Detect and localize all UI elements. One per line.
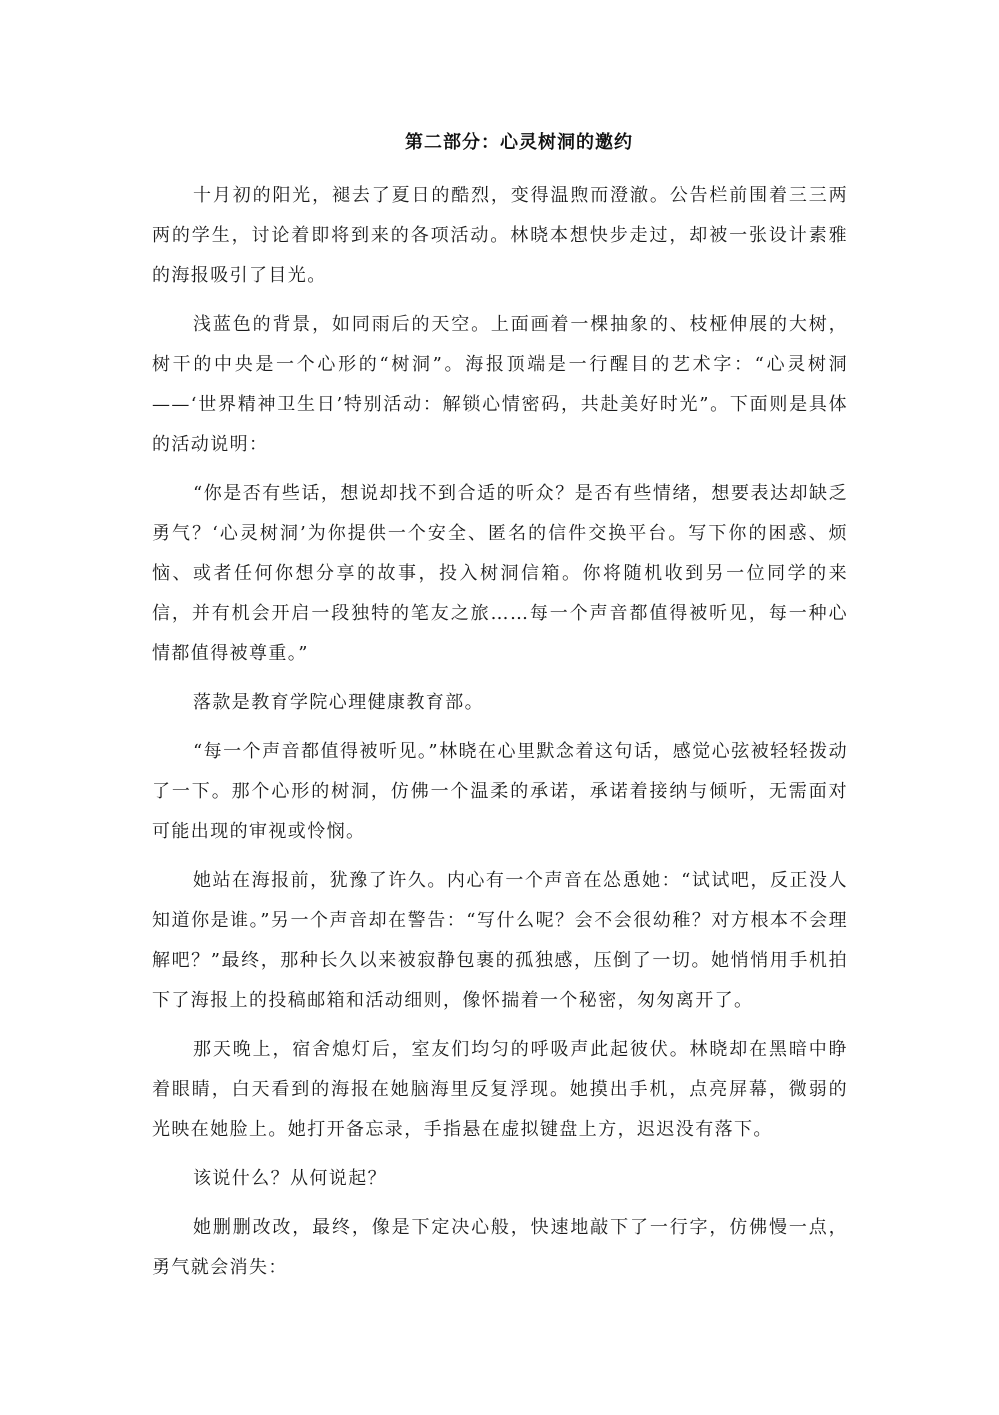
- paragraph-night: 那天晚上，宿舍熄灯后，室友们均匀的呼吸声此起彼伏。林晓却在黑暗中睁着眼睛，白天看…: [152, 1030, 848, 1150]
- paragraph-typing: 她删删改改，最终，像是下定决心般，快速地敲下了一行字，仿佛慢一点，勇气就会消失：: [152, 1208, 848, 1288]
- paragraph-signature: 落款是教育学院心理健康教育部。: [152, 683, 848, 723]
- paragraph-poster-description: 浅蓝色的背景，如同雨后的天空。上面画着一棵抽象的、枝桠伸展的大树，树干的中央是一…: [152, 305, 848, 465]
- paragraph-autumn-sunlight: 十月初的阳光，褪去了夏日的酷烈，变得温煦而澄澈。公告栏前围着三三两两的学生，讨论…: [152, 176, 848, 296]
- body-text: 十月初的阳光，褪去了夏日的酷烈，变得温煦而澄澈。公告栏前围着三三两两的学生，讨论…: [152, 176, 848, 1297]
- paragraph-hesitation: 她站在海报前，犹豫了许久。内心有一个声音在怂恿她：“试试吧，反正没人知道你是谁。…: [152, 861, 848, 1021]
- section-title: 第二部分：心灵树洞的邀约: [152, 128, 886, 158]
- paragraph-activity-quote: “你是否有些话，想说却找不到合适的听众？是否有些情绪，想要表达却缺乏勇气？‘心灵…: [152, 474, 848, 674]
- paragraph-every-voice: “每一个声音都值得被听见。”林晓在心里默念着这句话，感觉心弦被轻轻拨动了一下。那…: [152, 732, 848, 852]
- paragraph-question: 该说什么？从何说起？: [152, 1159, 848, 1199]
